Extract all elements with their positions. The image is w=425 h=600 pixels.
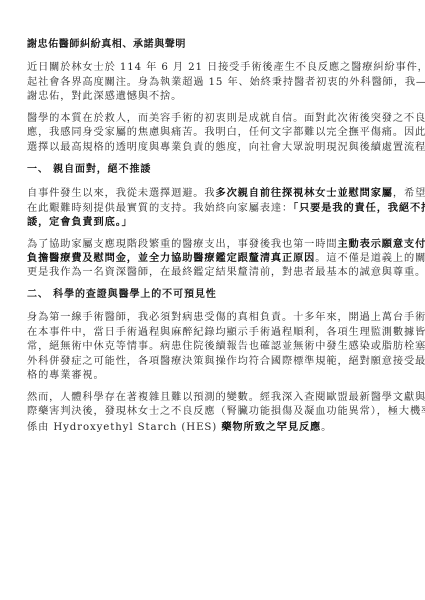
text-line: 格的專業審視。 [27,369,399,384]
text-span: 自事件發生以來，我從未選擇迴避。我 [27,188,216,199]
text-span: 。 [321,422,332,433]
text-line: 在此艱難時刻提供最實質的支持。我始終向家屬表達：「只要是我的責任，我絕不推 [27,201,399,216]
text-line: 自事件發生以來，我從未選擇迴避。我多次親自前往探視林女士並慰問家屬，希望能 [27,186,399,201]
text-line: 負擔醫療費及慰問金，並全力協助醫療鑑定跟釐清真正原因。這不僅是道義上的關懷， [27,251,399,266]
text-line: 選擇以最高規格的透明度與專業負責的態度，向社會大眾說明現況與後續處置流程。 [27,141,399,156]
text-line: 諉，定會負責到底。」 [27,215,399,230]
text-line: 係由 Hydroxyethyl Starch (HES) 藥物所致之罕見反應。 [27,420,399,435]
document-page: 謝忠佑醫師糾紛真相、承諾與聲明 近日關於林女士於 114 年 6 月 21 日接… [27,38,399,441]
section-1-paragraph-1: 自事件發生以來，我從未選擇迴避。我多次親自前往探視林女士並慰問家屬，希望能 在此… [27,186,399,230]
text-line: 在本事件中，當日手術過程與麻醉紀錄均顯示手術過程順利，各項生理監測數據皆正 [27,326,399,341]
bold-quote: 諉，定會負責到底。」 [27,216,133,228]
section-2-paragraph-1: 身為第一線手術醫師，我必須對病患受傷的真相負責。十多年來，開過上萬台手術。 在本… [27,311,399,384]
bold-quote: 「只要是我的責任，我絕不推 [293,202,425,214]
section-1-heading: 一、 親自面對，絕不推諉 [27,163,399,177]
text-line: 外科併發症之可能性，各項醫療決策與操作均符合國際標準規範，絕對願意接受最嚴 [27,355,399,370]
text-line: 應，我感同身受家屬的焦慮與痛苦。我明白，任何文字都難以完全撫平傷痛。因此我 [27,126,399,141]
text-span: 係由 Hydroxyethyl Starch (HES) [27,422,221,433]
text-span: ，希望能 [393,188,425,199]
text-line: 為了協助家屬支應現階段繁重的醫療支出，事發後我也第一時間主動表示願意支付及 [27,237,399,252]
text-span: 。這不僅是道義上的關懷， [315,253,425,264]
text-line: 醫學的本質在於救人，而美容手術的初衷則是成就自信。面對此次術後突發之不良反 [27,112,399,127]
text-line: 謝忠佑，對此深感遺憾與不捨。 [27,90,399,105]
document-title: 謝忠佑醫師糾紛真相、承諾與聲明 [27,38,399,52]
bold-text: 多次親自前往探視林女士並慰問家屬 [216,187,393,199]
intro-paragraph: 近日關於林女士於 114 年 6 月 21 日接受手術後產生不良反應之醫療糾紛事… [27,61,399,105]
text-line: 際藥害判決後，發現林女士之不良反應（腎臟功能損傷及凝血功能異常），極大機率 [27,405,399,420]
text-line: 常，絕無術中休克等情事。病患住院後續報告也確認並無術中發生感染或脂肪栓塞等 [27,340,399,355]
text-span: 為了協助家屬支應現階段繁重的醫療支出，事發後我也第一時間 [27,239,337,250]
bold-text: 負擔醫療費及慰問金，並全力協助醫療鑑定跟釐清真正原因 [27,252,315,264]
section-2-paragraph-2: 然而，人體科學存在著複雜且難以預測的變數。經我深入查閱歐盟最新醫學文獻與國 際藥… [27,391,399,435]
bold-text: 藥物所致之罕見反應 [221,421,321,433]
section-2-heading: 二、 科學的查證與醫學上的不可預見性 [27,288,399,302]
intro-paragraph-2: 醫學的本質在於救人，而美容手術的初衷則是成就自信。面對此次術後突發之不良反 應，… [27,112,399,156]
text-line: 然而，人體科學存在著複雜且難以預測的變數。經我深入查閱歐盟最新醫學文獻與國 [27,391,399,406]
text-line: 近日關於林女士於 114 年 6 月 21 日接受手術後產生不良反應之醫療糾紛事… [27,61,399,76]
text-span: 在此艱難時刻提供最實質的支持。我始終向家屬表達： [27,203,293,214]
text-line: 身為第一線手術醫師，我必須對病患受傷的真相負責。十多年來，開過上萬台手術。 [27,311,399,326]
text-line: 起社會各界高度關注。身為執業超過 15 年、始終秉持醫者初衷的外科醫師，我—— [27,76,399,91]
section-1-paragraph-2: 為了協助家屬支應現階段繁重的醫療支出，事發後我也第一時間主動表示願意支付及 負擔… [27,237,399,281]
bold-text: 主動表示願意支付及 [337,238,425,250]
text-line: 更是我作為一名資深醫師，在最終鑑定結果釐清前，對患者最基本的誠意與尊重。 [27,266,399,281]
